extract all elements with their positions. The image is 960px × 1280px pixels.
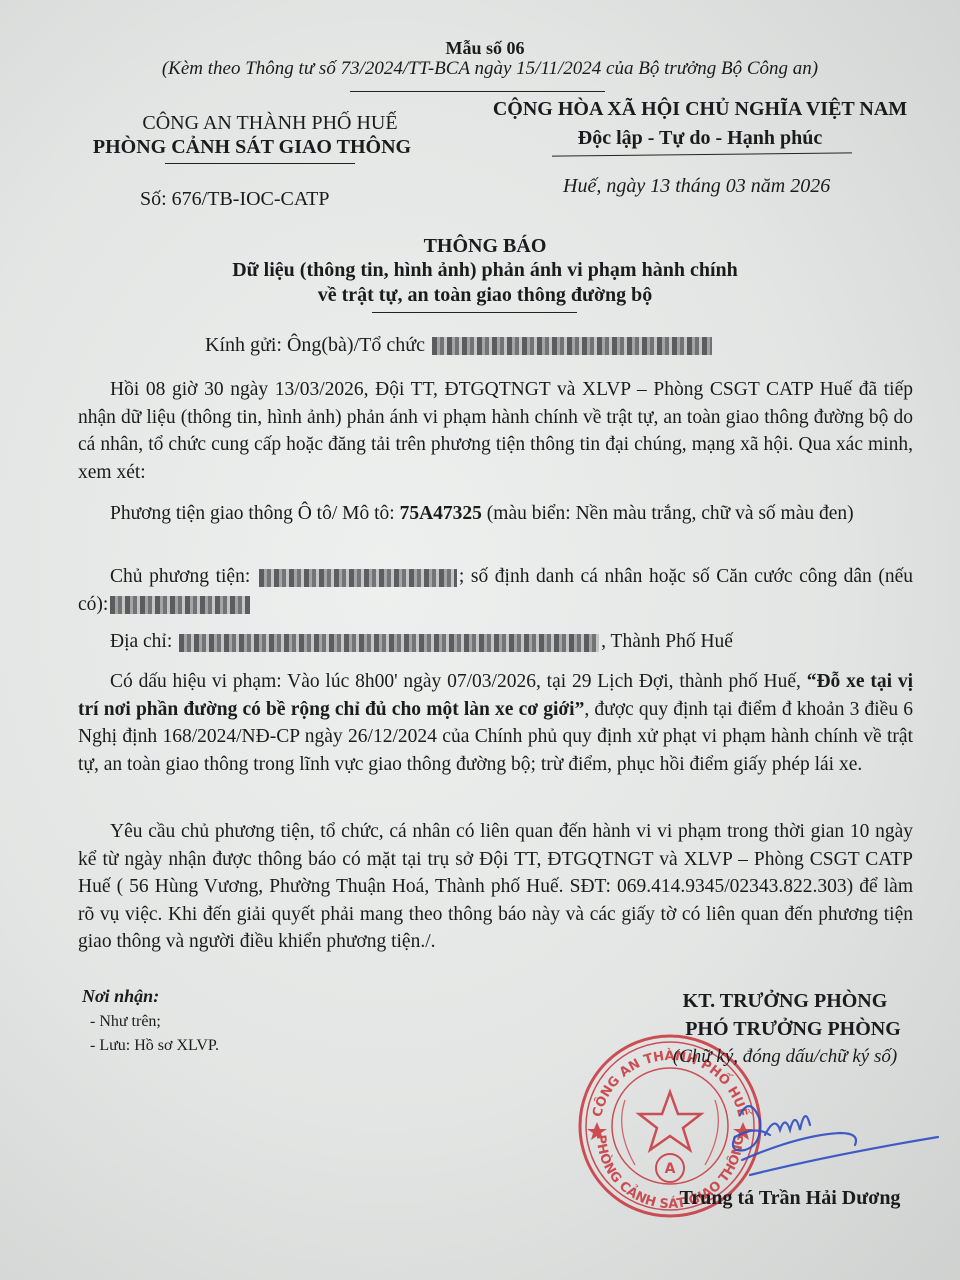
recipients-label: Nơi nhận:: [82, 986, 159, 1007]
redacted-address: [179, 634, 599, 652]
divider-line: [165, 163, 355, 164]
agency-parent: CÔNG AN THÀNH PHỐ HUẾ: [80, 112, 460, 135]
request-paragraph: Yêu cầu chủ phương tiện, tổ chức, cá nhâ…: [78, 818, 913, 956]
recipient-item: - Lưu: Hồ sơ XLVP.: [90, 1037, 219, 1055]
document-page: Mẫu số 06 (Kèm theo Thông tư số 73/2024/…: [0, 0, 960, 1280]
attachment-note: (Kèm theo Thông tư số 73/2024/TT-BCA ngà…: [80, 58, 900, 80]
address-paragraph: Địa chỉ: , Thành Phố Huế: [78, 628, 913, 656]
document-number: Số: 676/TB-IOC-CATP: [140, 188, 329, 211]
address-city: , Thành Phố Huế: [601, 631, 733, 652]
document-subtitle: về trật tự, an toàn giao thông đường bộ: [0, 284, 960, 307]
agency-name: PHÒNG CẢNH SÁT GIAO THÔNG: [62, 136, 442, 159]
plate-number: 75A47325: [400, 503, 482, 524]
redacted-owner-name: [259, 569, 457, 587]
redacted-owner-id: [110, 596, 250, 614]
document-subtitle: Dữ liệu (thông tin, hình ảnh) phản ánh v…: [0, 259, 960, 282]
redacted-recipient-name: [432, 337, 712, 355]
greeting: Kính gửi: Ông(bà)/Tổ chức: [205, 334, 714, 357]
divider-line: [552, 152, 852, 156]
intro-paragraph: Hồi 08 giờ 30 ngày 13/03/2026, Đội TT, Đ…: [78, 376, 913, 486]
plate-color: (màu biển: Nền màu trắng, chữ và số màu …: [482, 503, 854, 524]
sign-on-behalf: KT. TRƯỞNG PHÒNG: [610, 990, 960, 1013]
address-label: Địa chỉ:: [110, 631, 177, 652]
owner-paragraph: Chủ phương tiện: ; số định danh cá nhân …: [78, 563, 913, 618]
violation-prefix: Có dấu hiệu vi phạm: Vào lúc 8h00' ngày …: [110, 671, 807, 692]
recipient-item: - Như trên;: [90, 1013, 161, 1031]
owner-label: Chủ phương tiện:: [110, 566, 257, 587]
svg-text:A: A: [665, 1161, 676, 1177]
signer-name: Trung tá Trần Hải Dương: [600, 1187, 960, 1210]
divider-line: [350, 91, 605, 92]
violation-paragraph: Có dấu hiệu vi phạm: Vào lúc 8h00' ngày …: [78, 668, 913, 778]
form-number: Mẫu số 06: [0, 38, 960, 59]
signature-note: (Chữ ký, đóng dấu/chữ ký số): [610, 1046, 960, 1068]
divider-line: [372, 312, 577, 313]
handwritten-signature: [680, 1075, 940, 1205]
vehicle-paragraph: Phương tiện giao thông Ô tô/ Mô tô: 75A4…: [78, 500, 913, 528]
place-date: Huế, ngày 13 tháng 03 năm 2026: [563, 175, 830, 198]
document-title: THÔNG BÁO: [0, 235, 960, 258]
nation-header: CỘNG HÒA XÃ HỘI CHỦ NGHĨA VIỆT NAM: [455, 98, 945, 121]
greeting-label: Kính gửi: Ông(bà)/Tổ chức: [205, 334, 425, 356]
national-motto: Độc lập - Tự do - Hạnh phúc: [545, 127, 855, 150]
vehicle-label: Phương tiện giao thông Ô tô/ Mô tô:: [110, 503, 400, 524]
signer-title: PHÓ TRƯỞNG PHÒNG: [618, 1018, 960, 1041]
